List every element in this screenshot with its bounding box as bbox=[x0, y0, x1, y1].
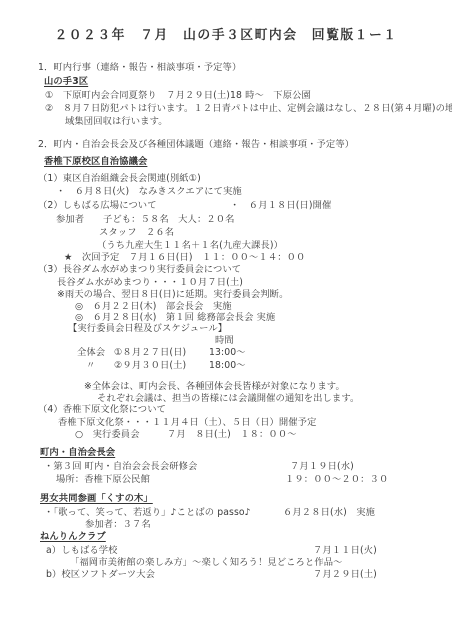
bunkasai-committee-date: ７月 ８日(土) １８：００～ bbox=[167, 429, 297, 442]
schedule-row-date: ②９月３０日(土) bbox=[114, 360, 186, 373]
schedule-row-time: 13:00～ bbox=[209, 347, 246, 360]
kenshukai-place: 場所：香椎下原公民館 bbox=[56, 474, 150, 487]
bunkasai-committee-label: ○ 実行委員会 bbox=[75, 429, 140, 442]
jichi-council-heading: 香椎下原校区自治協議会 bbox=[44, 156, 147, 169]
patrol-notice-item: ② ８月７日防犯パトは行います。１２日青パトは中止、定例会議はなし、２８日(第４… bbox=[45, 103, 452, 128]
higashi-ward-meeting-detail: ・ ６月８日(火) なみきスクエアにて実施 bbox=[56, 186, 242, 199]
yamanote-3ku-subheading: 山の手3区 bbox=[44, 76, 88, 89]
section2-heading: 2．町内・自治会長会及び各種団体議題（連絡・報告・相談事項・予定等） bbox=[38, 139, 354, 152]
museum-detail-line: 「福岡市美術館の楽しみ方」～楽しく知ろう！見どころと作品～ bbox=[70, 557, 343, 570]
schedule-time-header: 時間 bbox=[215, 335, 234, 348]
higashi-ward-meeting-label: （1）東区自治組織会長会関連(別紙①) bbox=[38, 173, 201, 186]
participants-line: 参加者 子ども：５８名 大人：２０名 bbox=[56, 214, 235, 227]
darts-date: ７月２９日(土) bbox=[313, 569, 377, 582]
bunkasai-date-line: 香椎下原文化祭・・・１１月４日（土）、５日（日）開催予定 bbox=[58, 417, 316, 430]
kusunoki-heading: 男女共同参画「くすの木」 bbox=[40, 493, 153, 506]
hase-dam-label: （3）長谷ダム水がめまつり実行委員会について bbox=[38, 264, 241, 277]
kusunoki-event-date: ６月２８日(水) 実施 bbox=[283, 507, 375, 520]
zentaikai-note-1: ※全体会は、町内会長、各種団体会長皆様が対象になります。 bbox=[84, 381, 345, 394]
schedule-row-date: ①８月２７日(日) bbox=[114, 347, 186, 360]
kyusandai-note: （うち九産大生１１名＋１名(九産大課長)） bbox=[97, 240, 283, 253]
shimobaru-school-line: a）しもばる学校 bbox=[46, 545, 118, 558]
shimobaru-hiroba-date: ・ ６月１８日(日)開催 bbox=[230, 200, 331, 213]
nenrin-club-heading: ねんりんクラブ bbox=[40, 531, 106, 544]
section1-heading: 1．町内行事（連絡・報告・相談事項・予定等） bbox=[38, 62, 241, 75]
schedule-heading: 【実行委員会日程及びスケジュール】 bbox=[68, 323, 227, 336]
kusunoki-event-line: ・「歌って、笑って、若返り」♪ことばの passo♪ bbox=[44, 507, 251, 520]
bunkasai-label: （4）香椎下原文化祭について bbox=[38, 404, 166, 417]
staff-line: スタッフ ２６名 bbox=[99, 227, 174, 240]
kenshukai-time: １９：００～２０：３０ bbox=[285, 474, 388, 487]
schedule-row-time: 18:00～ bbox=[209, 360, 246, 373]
chonai-jichikai-heading: 町内・自治会長会 bbox=[40, 447, 115, 460]
shimobaru-school-date: ７月１１日(火) bbox=[313, 545, 377, 558]
rain-postpone-note: ※雨天の場合、翌日８日(日)に延期。実行委員会判断。 bbox=[57, 289, 288, 302]
kusunoki-participants: 参加者：３７名 bbox=[85, 519, 151, 532]
schedule-row-label: 〃 bbox=[86, 360, 95, 373]
next-schedule-line: ★ 次回予定 ７月１６日(日) １１：００～１４：００ bbox=[64, 252, 305, 265]
schedule-row-label: 全体会 bbox=[77, 347, 105, 360]
summer-festival-item: ① 下原町内会合同夏祭り ７月２９日(土)18 時～ 下原公園 bbox=[45, 90, 311, 103]
darts-line: b）校区ソフトダーツ大会 bbox=[46, 569, 155, 582]
doc-title: ２０２３年 ７月 山の手３区町内会 回覧版１ー１ bbox=[0, 30, 452, 43]
shimobaru-hiroba-label: （2）しもばる広場について bbox=[38, 200, 157, 213]
document-page: ２０２３年 ７月 山の手３区町内会 回覧版１ー１ 1．町内行事（連絡・報告・相談… bbox=[0, 0, 452, 640]
hase-dam-date-line: 長谷ダム水がめまつり・・・１０月７日(土) bbox=[57, 277, 243, 290]
kenshukai-line: ・第３回 町内・自治会会長会研修会 bbox=[44, 461, 197, 474]
kenshukai-date: ７月１９日(水) bbox=[290, 461, 354, 474]
